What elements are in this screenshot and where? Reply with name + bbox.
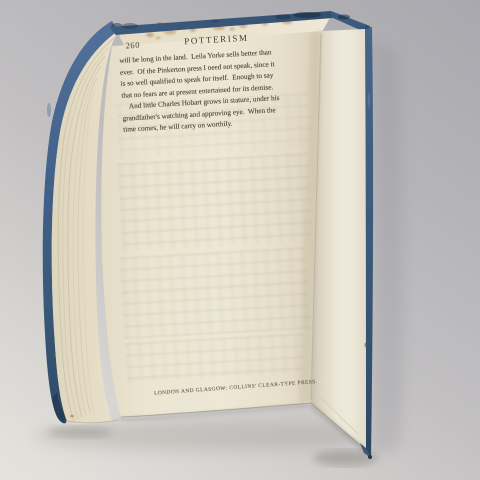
book-photo: 260 POTTERISM will be long in the land. … [0,0,480,480]
body-text: will be long in the land. Leila Yorke se… [119,45,319,136]
printer-imprint: LONDON AND GLASGOW: COLLINS' CLEAR-TYPE … [136,378,336,398]
cover-cast-shadow [371,40,404,455]
printed-page-text: 260 POTTERISM will be long in the land. … [116,25,337,426]
floor-shadow [35,422,377,466]
